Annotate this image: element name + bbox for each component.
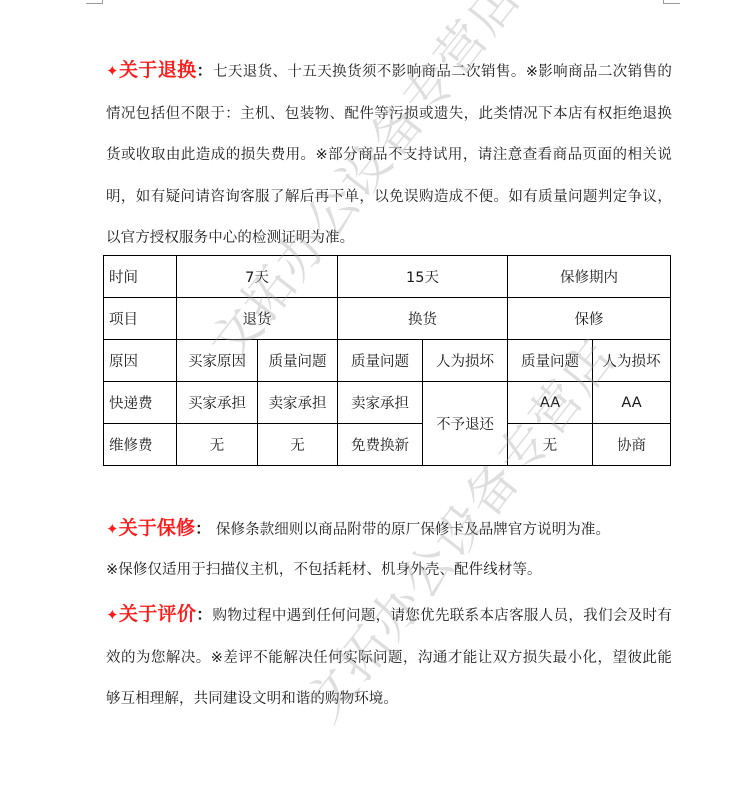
table-cell-merged: 不予退还 — [423, 382, 508, 466]
row-label: 原因 — [104, 340, 177, 382]
page-corner-mark-left — [86, 0, 103, 4]
cell-exchange: 换货 — [338, 298, 508, 340]
table-cell: 人为损坏 — [593, 340, 671, 382]
table-cell: 无 — [258, 424, 338, 466]
table-cell: 买家原因 — [177, 340, 258, 382]
table-cell: 免费换新 — [338, 424, 423, 466]
return-policy-table: 时间 7天 15天 保修期内 项目 退货 换货 保修 原因 买家原因 质量问题 … — [103, 255, 671, 466]
warranty-heading: 关于保修 — [119, 517, 195, 539]
table-cell: AA — [508, 382, 593, 424]
review-heading: 关于评价 — [119, 603, 197, 625]
heading-colon: ： — [195, 519, 211, 538]
table-row-repair-fee: 维修费 无 无 免费换新 无 协商 — [104, 424, 671, 466]
returns-heading: 关于退换 — [119, 59, 197, 81]
heading-colon: ： — [197, 61, 213, 80]
table-cell: 质量问题 — [508, 340, 593, 382]
heading-colon: ： — [196, 605, 212, 624]
cell-15-days: 15天 — [338, 256, 508, 298]
warranty-body: 保修条款细则以商品附带的原厂保修卡及品牌官方说明为准。 — [216, 522, 610, 538]
table-cell: 协商 — [593, 424, 671, 466]
table-cell: 质量问题 — [258, 340, 338, 382]
row-label: 时间 — [104, 256, 177, 298]
table-row-shipping: 快递费 买家承担 卖家承担 卖家承担 不予退还 AA AA — [104, 382, 671, 424]
table-row-reason: 原因 买家原因 质量问题 质量问题 人为损坏 质量问题 人为损坏 — [104, 340, 671, 382]
warranty-section: ✦关于保修： 保修条款细则以商品附带的原厂保修卡及品牌官方说明为准。 ※保修仅适… — [106, 508, 672, 590]
table-cell: 人为损坏 — [423, 340, 508, 382]
table-cell: 无 — [177, 424, 258, 466]
warranty-paragraph: ✦关于保修： 保修条款细则以商品附带的原厂保修卡及品牌官方说明为准。 — [106, 508, 672, 550]
cell-7-days: 7天 — [177, 256, 338, 298]
returns-body: 七天退货、十五天换货须不影响商品二次销售。※影响商品二次销售的情况包括但不限于：… — [106, 64, 672, 246]
table-row-item: 项目 退货 换货 保修 — [104, 298, 671, 340]
cell-return: 退货 — [177, 298, 338, 340]
cell-warranty: 保修 — [508, 298, 671, 340]
red-star-icon: ✦ — [106, 595, 119, 637]
table-cell: 买家承担 — [177, 382, 258, 424]
review-paragraph: ✦关于评价：购物过程中遇到任何问题，请您优先联系本店客服人员，我们会及时有效的为… — [106, 594, 672, 721]
table-cell: 无 — [508, 424, 593, 466]
cell-warranty-period: 保修期内 — [508, 256, 671, 298]
warranty-note: ※保修仅适用于扫描仪主机，不包括耗材、机身外壳、配件线材等。 — [106, 550, 672, 590]
page-corner-mark-right — [663, 0, 680, 4]
row-label: 快递费 — [104, 382, 177, 424]
review-section: ✦关于评价：购物过程中遇到任何问题，请您优先联系本店客服人员，我们会及时有效的为… — [106, 594, 672, 721]
row-label: 项目 — [104, 298, 177, 340]
table-cell: 卖家承担 — [258, 382, 338, 424]
returns-section: ✦关于退换：七天退货、十五天换货须不影响商品二次销售。※影响商品二次销售的情况包… — [106, 50, 672, 260]
table-cell: AA — [593, 382, 671, 424]
row-label: 维修费 — [104, 424, 177, 466]
table-row-time: 时间 7天 15天 保修期内 — [104, 256, 671, 298]
red-star-icon: ✦ — [106, 509, 119, 549]
table-cell: 卖家承担 — [338, 382, 423, 424]
returns-paragraph: ✦关于退换：七天退货、十五天换货须不影响商品二次销售。※影响商品二次销售的情况包… — [106, 50, 672, 260]
red-star-icon: ✦ — [106, 51, 119, 93]
table-cell: 质量问题 — [338, 340, 423, 382]
